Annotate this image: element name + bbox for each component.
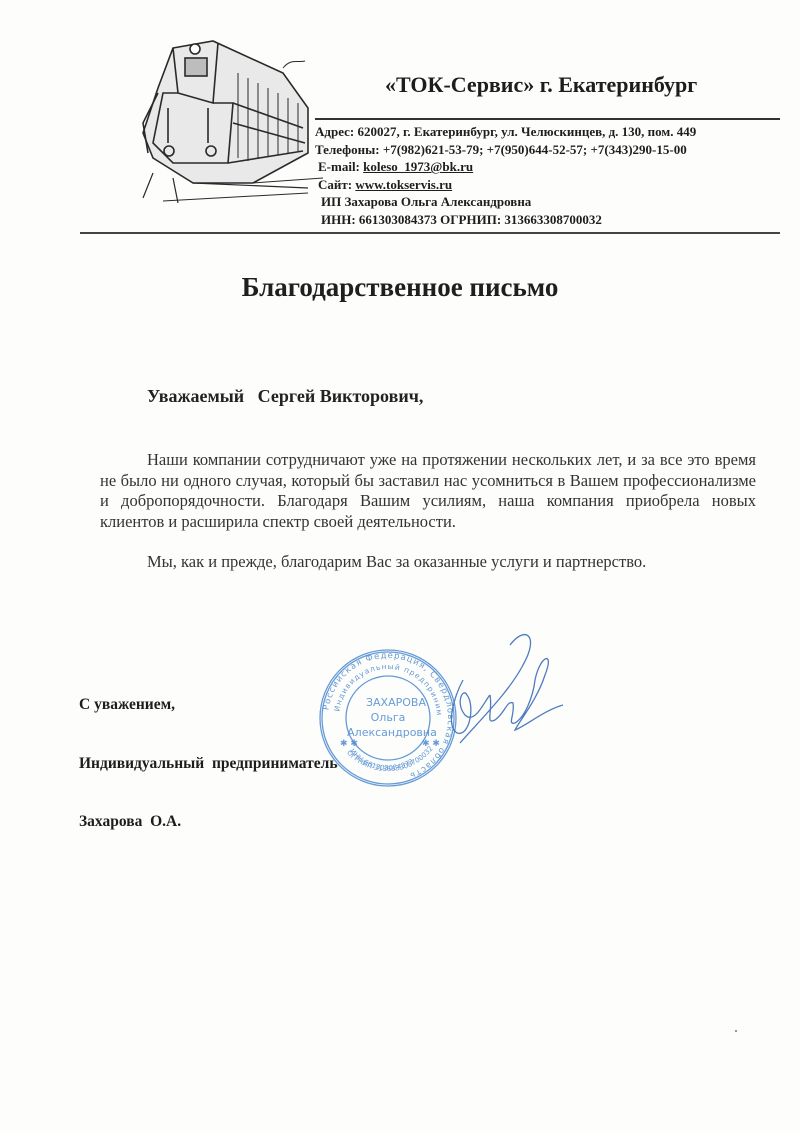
locomotive-logo-icon	[133, 33, 333, 208]
scan-speck	[735, 1030, 737, 1032]
svg-text:✱ ✱: ✱ ✱	[340, 739, 358, 749]
registration-ids: ИНН: 661303084373 ОГРНИП: 31366330870003…	[315, 211, 696, 229]
greeting: Уважаемый Сергей Викторович,	[147, 386, 423, 407]
header-divider-short	[315, 118, 780, 120]
paragraph: Наши компании сотрудничают уже на протяж…	[100, 450, 756, 532]
company-name: «ТОК-Сервис» г. Екатеринбург	[385, 72, 697, 98]
signer-title: Индивидуальный предприниматель	[79, 754, 338, 774]
email-link[interactable]: koleso_1973@bk.ru	[363, 159, 473, 174]
contact-block: Адрес: 620027, г. Екатеринбург, ул. Челю…	[315, 123, 696, 229]
owner: ИП Захарова Ольга Александровна	[315, 193, 696, 211]
letter-body: Наши компании сотрудничают уже на протяж…	[100, 450, 756, 573]
signature	[415, 625, 565, 755]
site-label: Сайт:	[318, 177, 355, 192]
header-divider	[80, 232, 780, 234]
email-row: E-mail: koleso_1973@bk.ru	[315, 158, 696, 176]
address: Адрес: 620027, г. Екатеринбург, ул. Челю…	[315, 123, 696, 141]
phones: Телефоны: +7(982)621-53-79; +7(950)644-5…	[315, 141, 696, 159]
svg-text:Ольга: Ольга	[371, 711, 406, 724]
letter-title: Благодарственное письмо	[0, 272, 800, 303]
email-label: E-mail:	[318, 159, 363, 174]
closing-salutation: С уважением,	[79, 695, 338, 715]
closing-block: С уважением, Индивидуальный предпринимат…	[79, 656, 338, 851]
site-row: Сайт: www.tokservis.ru	[315, 176, 696, 194]
site-link[interactable]: www.tokservis.ru	[355, 177, 452, 192]
paragraph: Мы, как и прежде, благодарим Вас за оказ…	[100, 552, 756, 573]
signer-name: Захарова О.А.	[79, 812, 338, 832]
